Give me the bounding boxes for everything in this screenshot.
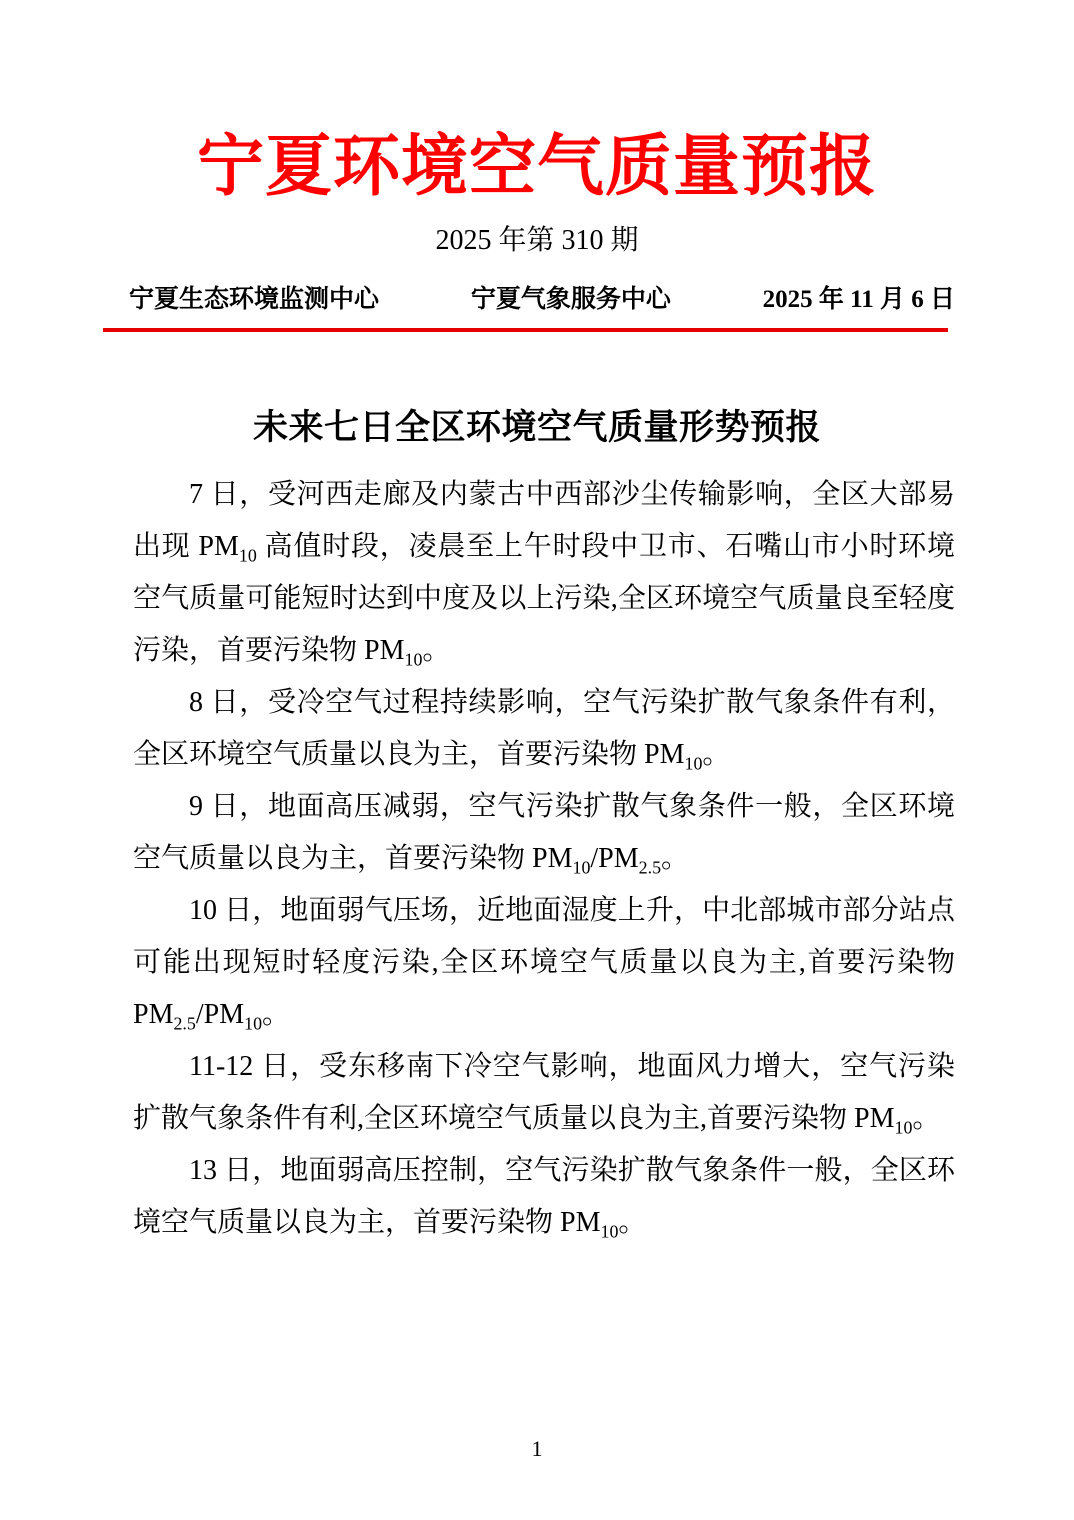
- page-number: 1: [0, 1436, 1074, 1462]
- forecast-body: 7 日，受河西走廊及内蒙古中西部沙尘传输影响，全区大部易出现 PM10 高值时段…: [133, 469, 955, 1249]
- document-title: 宁夏环境空气质量预报: [0, 0, 1074, 210]
- pollutant-subscript: 10: [572, 857, 590, 877]
- agency-weather-service-center: 宁夏气象服务中心: [471, 279, 671, 315]
- pollutant-subscript: 10: [684, 753, 702, 773]
- pollutant-subscript: 10: [894, 1117, 912, 1137]
- section-title: 未来七日全区环境空气质量形势预报: [0, 400, 1074, 450]
- pollutant-subscript: 10: [404, 649, 422, 669]
- forecast-paragraph: 7 日，受河西走廊及内蒙古中西部沙尘传输影响，全区大部易出现 PM10 高值时段…: [133, 469, 955, 677]
- pollutant-subscript: 10: [600, 1221, 618, 1241]
- masthead-row: 宁夏生态环境监测中心 宁夏气象服务中心 2025 年 11 月 6 日: [129, 279, 955, 315]
- forecast-paragraph: 10 日，地面弱气压场，近地面湿度上升，中北部城市部分站点可能出现短时轻度污染,…: [133, 885, 955, 1041]
- forecast-paragraph: 9 日，地面高压减弱，空气污染扩散气象条件一般，全区环境空气质量以良为主，首要污…: [133, 781, 955, 885]
- issue-date: 2025 年 11 月 6 日: [763, 279, 955, 315]
- agency-monitoring-center: 宁夏生态环境监测中心: [129, 279, 379, 315]
- issue-number: 2025 年第 310 期: [0, 218, 1074, 258]
- pollutant-subscript: 2.5: [173, 1013, 195, 1033]
- pollutant-subscript: 2.5: [639, 857, 661, 877]
- forecast-paragraph: 11-12 日，受东移南下冷空气影响，地面风力增大，空气污染扩散气象条件有利,全…: [133, 1041, 955, 1145]
- document-page: 宁夏环境空气质量预报 2025 年第 310 期 宁夏生态环境监测中心 宁夏气象…: [0, 0, 1074, 1520]
- forecast-paragraph: 8 日，受冷空气过程持续影响，空气污染扩散气象条件有利，全区环境空气质量以良为主…: [133, 677, 955, 781]
- pollutant-subscript: 10: [244, 1013, 262, 1033]
- forecast-paragraph: 13 日，地面弱高压控制，空气污染扩散气象条件一般，全区环境空气质量以良为主，首…: [133, 1145, 955, 1249]
- red-divider: [103, 328, 948, 332]
- pollutant-subscript: 10: [239, 545, 257, 565]
